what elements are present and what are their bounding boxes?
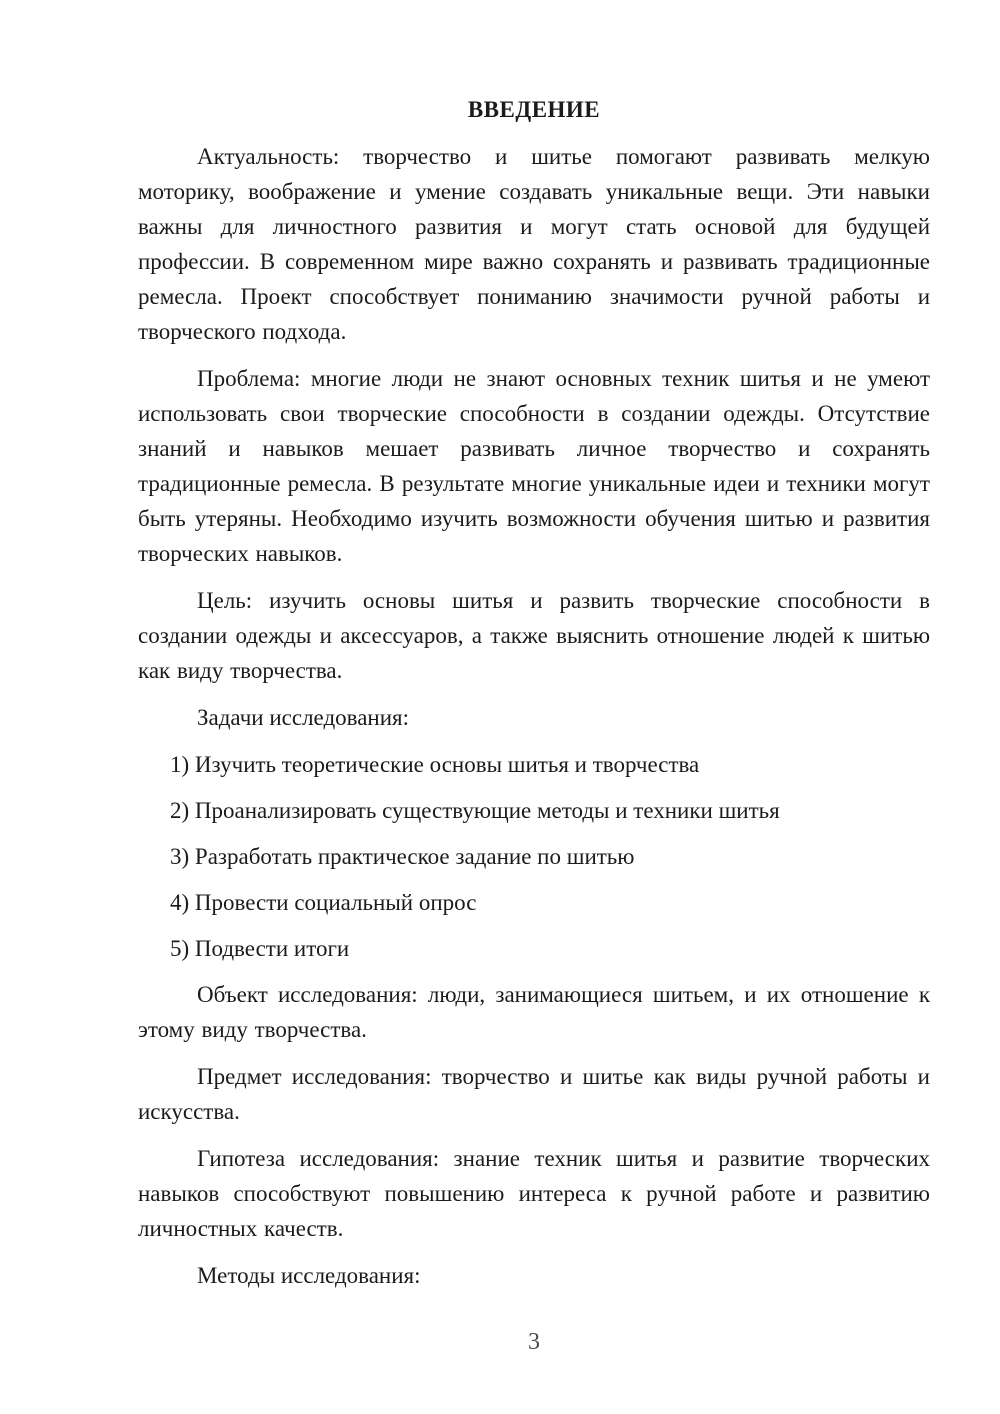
document-page: ВВЕДЕНИЕ Актуальность: творчество и шить… xyxy=(0,0,1000,1414)
task-list: 1) Изучить теоретические основы шитья и … xyxy=(138,747,930,966)
task-item-4: 4) Провести социальный опрос xyxy=(138,885,930,920)
page-title: ВВЕДЕНИЕ xyxy=(138,92,930,127)
paragraph-hypothesis: Гипотеза исследования: знание техник шит… xyxy=(138,1141,930,1246)
page-number: 3 xyxy=(138,1327,930,1357)
paragraph-object: Объект исследования: люди, занимающиеся … xyxy=(138,977,930,1047)
task-item-2: 2) Проанализировать существующие методы … xyxy=(138,793,930,828)
task-item-1: 1) Изучить теоретические основы шитья и … xyxy=(138,747,930,782)
paragraph-goal: Цель: изучить основы шитья и развить тво… xyxy=(138,583,930,688)
paragraph-problem: Проблема: многие люди не знают основных … xyxy=(138,361,930,571)
methods-heading: Методы исследования: xyxy=(138,1258,930,1293)
task-item-5: 5) Подвести итоги xyxy=(138,931,930,966)
task-item-3: 3) Разработать практическое задание по ш… xyxy=(138,839,930,874)
paragraph-subject: Предмет исследования: творчество и шитье… xyxy=(138,1059,930,1129)
paragraph-relevance: Актуальность: творчество и шитье помогаю… xyxy=(138,139,930,349)
tasks-heading: Задачи исследования: xyxy=(138,700,930,735)
